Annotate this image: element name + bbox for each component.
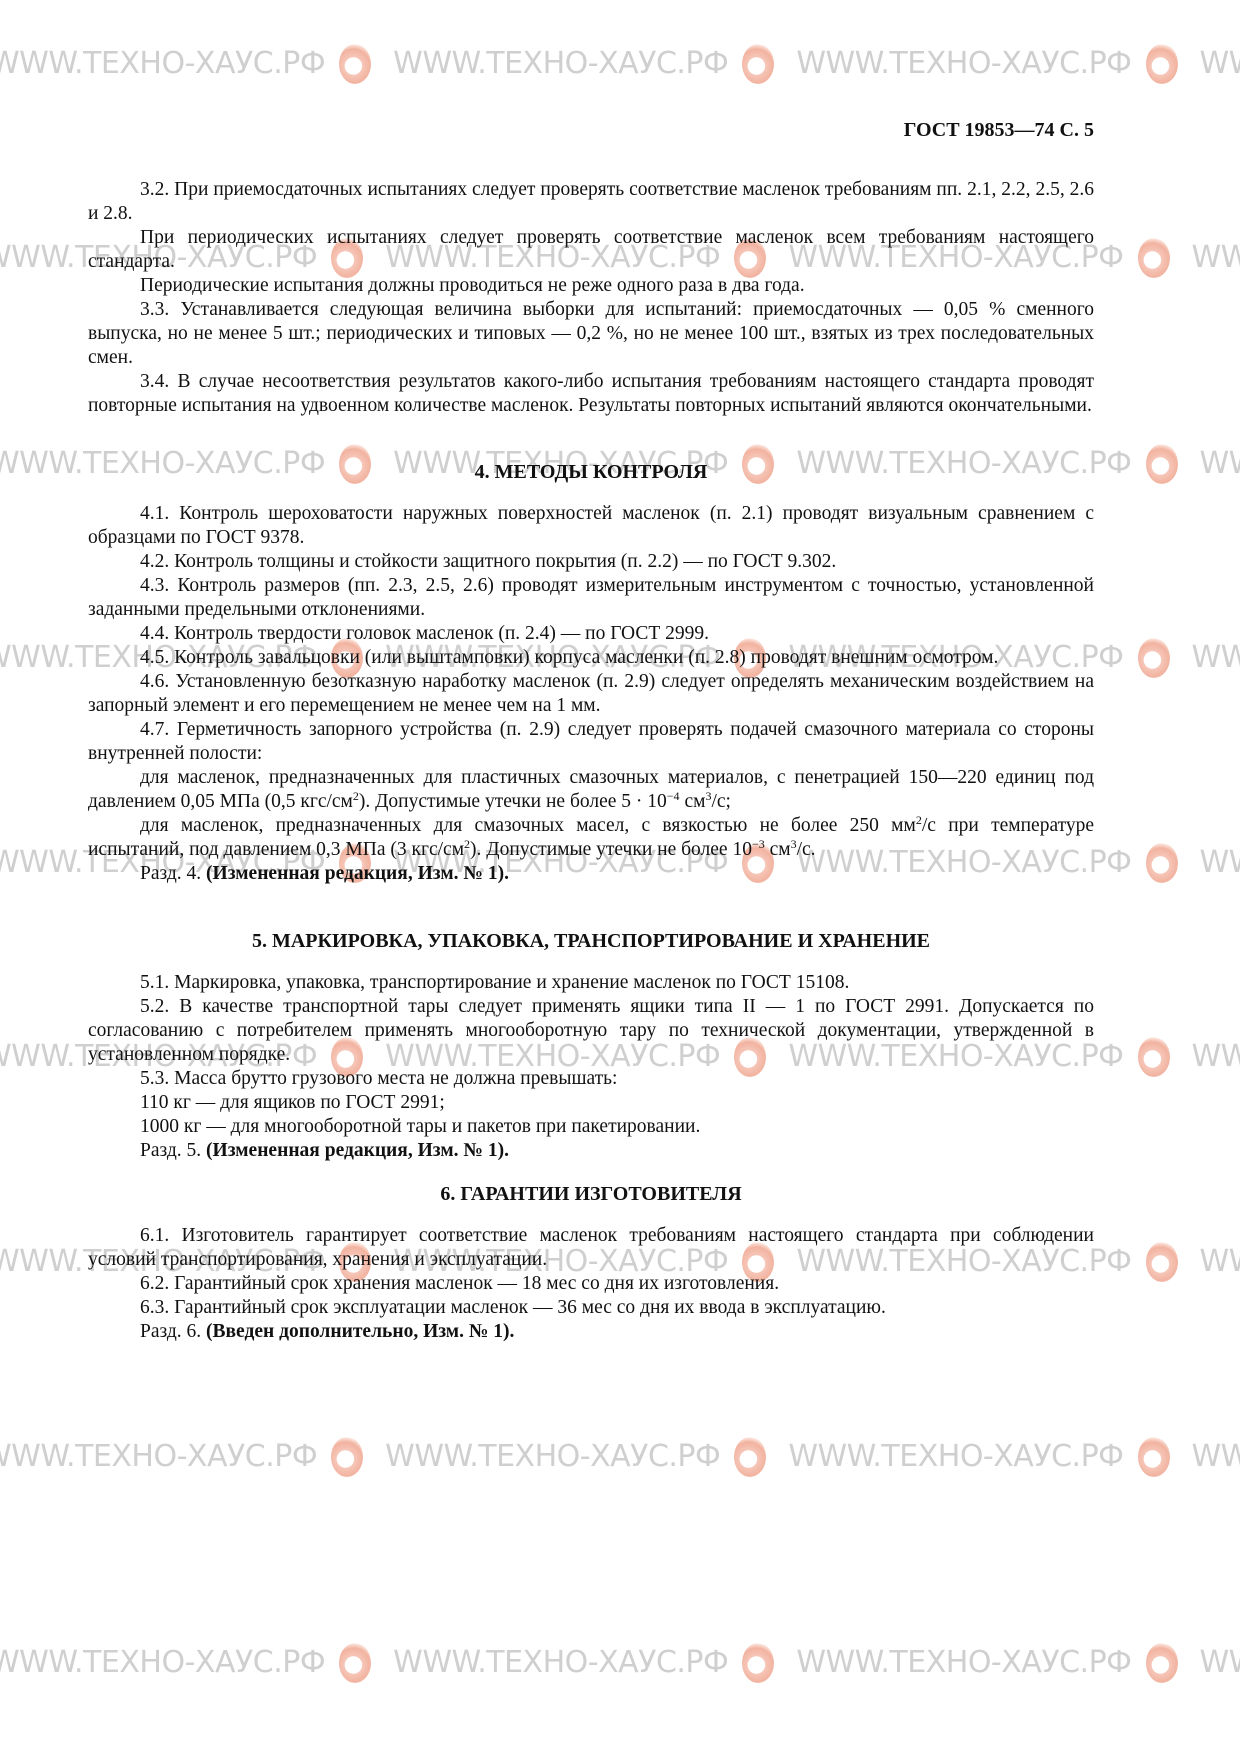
watermark-text: WWW.ТЕХНО-ХАУС.РФ [796, 1645, 1131, 1680]
watermark-logo-icon [339, 44, 371, 84]
watermark-logo-icon [1138, 1037, 1170, 1077]
paragraph-5-3-returnable: 1000 кг — для многооборотной тары и паке… [88, 1115, 1094, 1139]
watermark-text: WWW.ТЕХНО-ХАУС.РФ [1200, 845, 1240, 880]
section-3-body: 3.2. При приемосдаточных испытаниях след… [88, 178, 1094, 418]
section-6-title: 6. ГАРАНТИИ ИЗГОТОВИТЕЛЯ [88, 1182, 1094, 1206]
watermark-text: WWW.ТЕХНО-ХАУС.РФ [385, 1439, 720, 1474]
section-4-body: 4.1. Контроль шероховатости наружных пов… [88, 502, 1094, 886]
watermark-row: WWW.ТЕХНО-ХАУС.РФWWW.ТЕХНО-ХАУС.РФWWW.ТЕ… [0, 1437, 1240, 1477]
paragraph-3-2-frequency: Периодические испытания должны проводить… [88, 274, 1094, 298]
watermark-logo-icon [1138, 1437, 1170, 1477]
section-5-body: 5.1. Маркировка, упаковка, транспортиров… [88, 971, 1094, 1163]
paragraph-4-7-plastic: для масленок, предназначенных для пласти… [88, 766, 1094, 814]
paragraph-4-1: 4.1. Контроль шероховатости наружных пов… [88, 502, 1094, 550]
watermark-text: WWW.ТЕХНО-ХАУС.РФ [0, 1439, 317, 1474]
section-5-title: 5. МАРКИРОВКА, УПАКОВКА, ТРАНСПОРТИРОВАН… [88, 929, 1094, 953]
watermark-row: WWW.ТЕХНО-ХАУС.РФWWW.ТЕХНО-ХАУС.РФWWW.ТЕ… [0, 44, 1240, 84]
paragraph-4-5: 4.5. Контроль завальцовки (или выштампов… [88, 646, 1094, 670]
paragraph-6-3: 6.3. Гарантийный срок эксплуатации масле… [88, 1296, 1094, 1320]
section-4-amendment-note: Разд. 4. (Измененная редакция, Изм. № 1)… [88, 862, 1094, 886]
watermark-logo-icon [1146, 444, 1178, 484]
paragraph-3-4: 3.4. В случае несоответствия результатов… [88, 370, 1094, 418]
section-5: 5. МАРКИРОВКА, УПАКОВКА, ТРАНСПОРТИРОВАН… [88, 929, 1094, 953]
watermark-logo-icon [1146, 1643, 1178, 1683]
watermark-logo-icon [1138, 638, 1170, 678]
paragraph-5-1: 5.1. Маркировка, упаковка, транспортиров… [88, 971, 1094, 995]
section-6-amendment-note: Разд. 6. (Введен дополнительно, Изм. № 1… [88, 1320, 1094, 1344]
watermark-logo-icon [734, 1437, 766, 1477]
section-6-body: 6.1. Изготовитель гарантирует соответств… [88, 1224, 1094, 1344]
watermark-text: WWW.ТЕХНО-ХАУС.РФ [1200, 46, 1240, 81]
watermark-text: WWW.ТЕХНО-ХАУС.РФ [1192, 1039, 1240, 1074]
watermark-logo-icon [1146, 44, 1178, 84]
watermark-text: WWW.ТЕХНО-ХАУС.РФ [1192, 640, 1240, 675]
watermark-logo-icon [1138, 238, 1170, 278]
watermark-logo-icon [331, 1437, 363, 1477]
watermark-text: WWW.ТЕХНО-ХАУС.РФ [393, 1645, 728, 1680]
paragraph-3-2-periodic: При периодических испытаниях следует про… [88, 226, 1094, 274]
section-4: 4. МЕТОДЫ КОНТРОЛЯ [88, 460, 1094, 484]
paragraph-4-4: 4.4. Контроль твердости головок масленок… [88, 622, 1094, 646]
watermark-text: WWW.ТЕХНО-ХАУС.РФ [1192, 1439, 1240, 1474]
watermark-text: WWW.ТЕХНО-ХАУС.РФ [1200, 1645, 1240, 1680]
watermark-text: WWW.ТЕХНО-ХАУС.РФ [1200, 1244, 1240, 1279]
section-6: 6. ГАРАНТИИ ИЗГОТОВИТЕЛЯ [88, 1182, 1094, 1206]
watermark-logo-icon [742, 1643, 774, 1683]
paragraph-4-7-oil: для масленок, предназначенных для смазоч… [88, 814, 1094, 862]
watermark-text: WWW.ТЕХНО-ХАУС.РФ [1192, 240, 1240, 275]
watermark-logo-icon [1146, 843, 1178, 883]
paragraph-6-2: 6.2. Гарантийный срок хранения масленок … [88, 1272, 1094, 1296]
watermark-text: WWW.ТЕХНО-ХАУС.РФ [788, 1439, 1123, 1474]
section-5-amendment-note: Разд. 5. (Измененная редакция, Изм. № 1)… [88, 1139, 1094, 1163]
paragraph-5-3: 5.3. Масса брутто грузового места не дол… [88, 1067, 1094, 1091]
paragraph-4-2: 4.2. Контроль толщины и стойкости защитн… [88, 550, 1094, 574]
section-4-title: 4. МЕТОДЫ КОНТРОЛЯ [88, 460, 1094, 484]
paragraph-3-3: 3.3. Устанавливается следующая величина … [88, 298, 1094, 370]
watermark-text: WWW.ТЕХНО-ХАУС.РФ [393, 46, 728, 81]
paragraph-5-3-boxes: 110 кг — для ящиков по ГОСТ 2991; [88, 1091, 1094, 1115]
watermark-logo-icon [339, 1643, 371, 1683]
paragraph-3-2: 3.2. При приемосдаточных испытаниях след… [88, 178, 1094, 226]
paragraph-4-7: 4.7. Герметичность запорного устройства … [88, 718, 1094, 766]
watermark-logo-icon [1146, 1242, 1178, 1282]
watermark-text: WWW.ТЕХНО-ХАУС.РФ [1200, 446, 1240, 481]
page-header-doc-ref: ГОСТ 19853—74 С. 5 [904, 118, 1094, 142]
paragraph-4-6: 4.6. Установленную безотказную наработку… [88, 670, 1094, 718]
watermark-text: WWW.ТЕХНО-ХАУС.РФ [0, 1645, 325, 1680]
watermark-text: WWW.ТЕХНО-ХАУС.РФ [0, 46, 325, 81]
watermark-row: WWW.ТЕХНО-ХАУС.РФWWW.ТЕХНО-ХАУС.РФWWW.ТЕ… [0, 1643, 1240, 1683]
paragraph-4-3: 4.3. Контроль размеров (пп. 2.3, 2.5, 2.… [88, 574, 1094, 622]
paragraph-6-1: 6.1. Изготовитель гарантирует соответств… [88, 1224, 1094, 1272]
watermark-text: WWW.ТЕХНО-ХАУС.РФ [796, 46, 1131, 81]
watermark-logo-icon [742, 44, 774, 84]
paragraph-5-2: 5.2. В качестве транспортной тары следуе… [88, 995, 1094, 1067]
